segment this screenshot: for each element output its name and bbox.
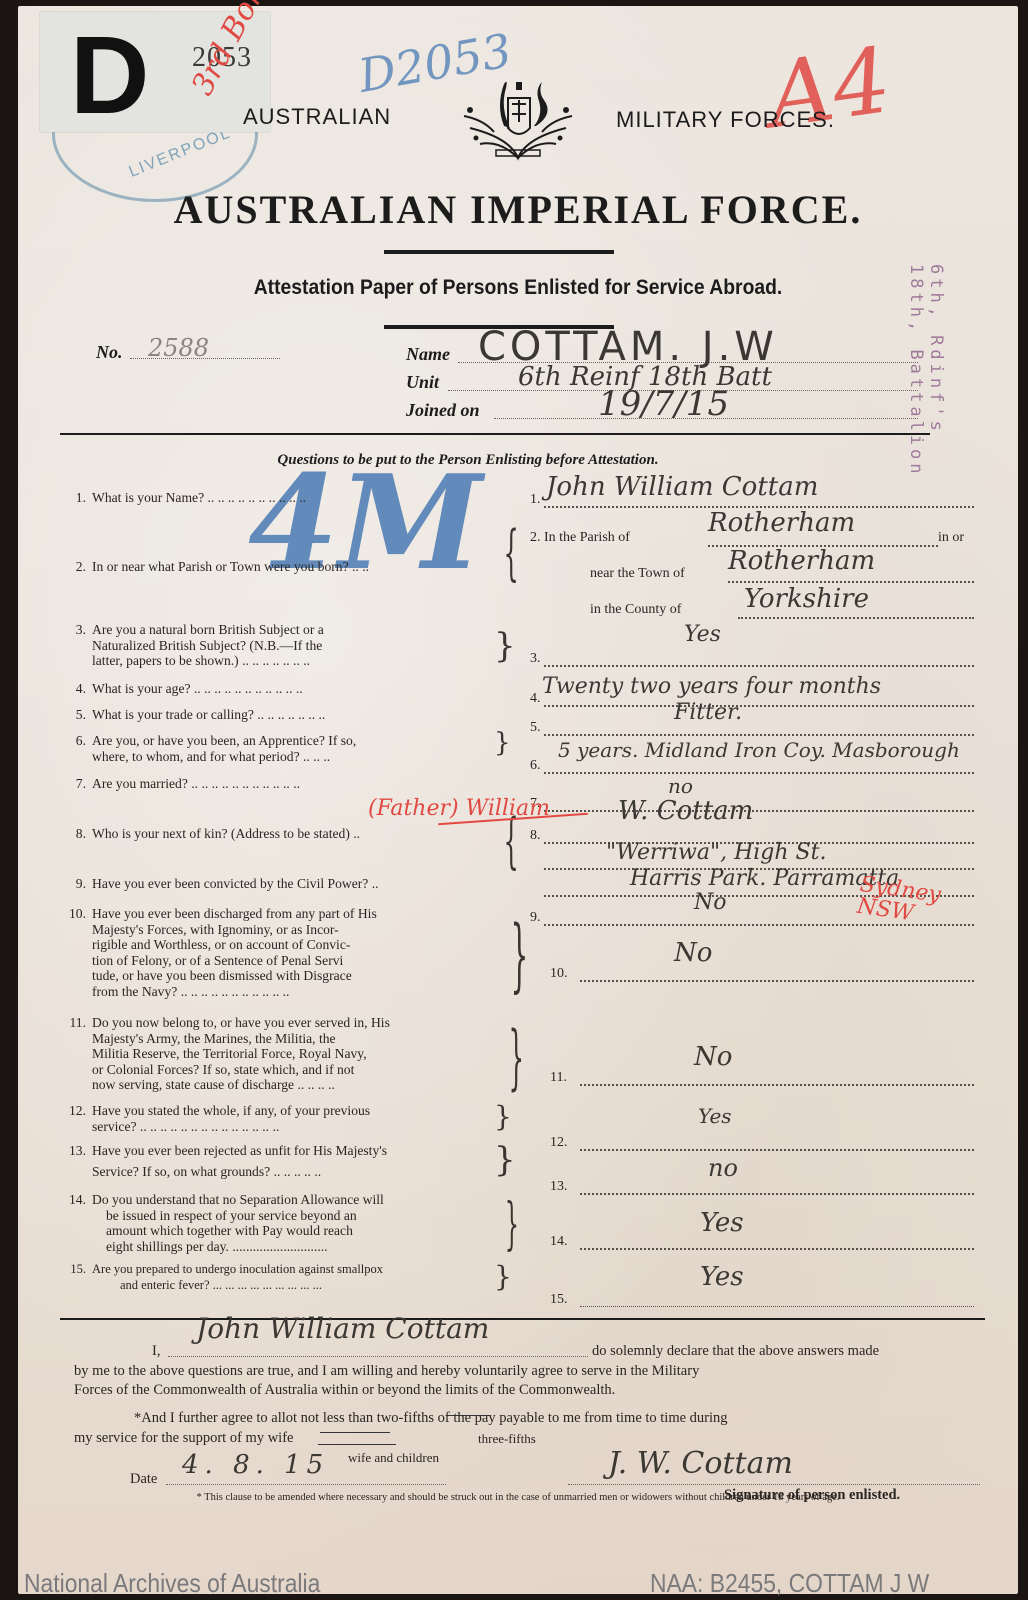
brace-6: } <box>494 728 511 758</box>
in-or-label: in or <box>938 530 964 546</box>
answer-4-number: 4. <box>530 691 541 707</box>
brace-10: } <box>511 908 529 1001</box>
brace-13: } <box>494 1140 516 1180</box>
archive-letter: D <box>70 16 149 136</box>
answer-14-line <box>580 1248 974 1250</box>
answer-10-number: 10. <box>550 966 568 982</box>
answer-5-number: 5. <box>530 720 541 736</box>
attestation-paper: LIVERPOOL D 2053 3rd Bon D2053 A4 AUSTRA… <box>18 6 1018 1594</box>
section-rule <box>60 433 930 435</box>
joined-date: 19/7/15 <box>598 384 729 424</box>
date-value: 4. 8. 15 <box>182 1450 329 1480</box>
answer-13-number: 13. <box>550 1179 568 1195</box>
answer-5: Fitter. <box>674 700 742 725</box>
regimental-number: 2588 <box>148 334 209 362</box>
answer-10: No <box>674 938 712 968</box>
answer-4: Twenty two years four months <box>542 674 881 699</box>
signature-line <box>568 1484 980 1485</box>
declaration-text-2: by me to the above questions are true, a… <box>74 1362 699 1380</box>
answer-8-address-1: "Werriwa", High St. <box>606 840 826 865</box>
answer-7-line <box>544 810 974 812</box>
answer-10-line <box>580 980 974 982</box>
answer-1-number: 1. <box>530 492 541 508</box>
wife-underline <box>318 1444 396 1445</box>
answer-3: Yes <box>684 622 721 647</box>
answer-4-line <box>544 705 974 707</box>
answer-12-line <box>580 1149 974 1151</box>
answer-13: no <box>708 1154 738 1182</box>
watermark-archive: National Archives of Australia <box>24 1568 320 1599</box>
coat-of-arms-icon <box>450 68 586 168</box>
question-7: 7.Are you married? .. .. .. .. .. .. .. … <box>60 776 500 792</box>
answer-9-number: 9. <box>530 910 541 926</box>
unit-vertical-stamp: 6th, Rdinf's 18th, Battalion <box>906 264 946 478</box>
question-2: 2.In or near what Parish or Town were yo… <box>60 559 500 575</box>
unit-label: Unit <box>406 372 439 393</box>
answer-5-line <box>544 734 974 736</box>
question-4: 4.What is your age? .. .. .. .. .. .. ..… <box>60 681 500 697</box>
declaration-text-1: do solemnly declare that the above answe… <box>592 1342 879 1360</box>
wife-strike <box>320 1432 390 1433</box>
answer-2-parish: Rotherham <box>708 508 855 538</box>
brace-15: } <box>494 1260 512 1293</box>
title-rule <box>384 250 614 254</box>
signature: J. W. Cottam <box>608 1446 793 1481</box>
blue-annotation-4m: 4M <box>248 446 482 599</box>
question-8: 8.Who is your next of kin? (Address to b… <box>60 826 500 842</box>
answer-3-line <box>544 665 974 667</box>
question-1: 1.What is your Name? .. .. .. .. .. .. .… <box>60 490 500 506</box>
answer-6-line <box>544 772 974 774</box>
answer-9: No <box>694 890 727 915</box>
question-9: 9.Have you ever been convicted by the Ci… <box>60 876 500 892</box>
brace-3: } <box>494 626 516 666</box>
answer-2-town: Rotherham <box>728 546 875 576</box>
question-10: 10.Have you ever been discharged from an… <box>60 906 500 999</box>
question-15: 15.Are you prepared to undergo inoculati… <box>60 1262 500 1293</box>
brace-2: { <box>503 518 518 588</box>
answer-2-county-label: in the County of <box>590 602 681 618</box>
answer-11-line <box>580 1084 974 1086</box>
header-military-forces: MILITARY FORCES. <box>616 107 835 133</box>
answer-11-number: 11. <box>550 1070 567 1086</box>
date-line <box>166 1484 446 1485</box>
name-label: Name <box>406 344 450 365</box>
answer-8-name: W. Cottam <box>618 796 753 826</box>
header-australian: AUSTRALIAN <box>243 104 391 130</box>
question-11: 11.Do you now belong to, or have you eve… <box>60 1015 500 1093</box>
answer-11: No <box>694 1042 732 1072</box>
answer-3-number: 3. <box>530 651 541 667</box>
answer-15-number: 15. <box>550 1292 568 1308</box>
answer-8-number: 8. <box>530 828 541 844</box>
page-title: AUSTRALIAN IMPERIAL FORCE. <box>18 186 1018 233</box>
question-13: 13.Have you ever been rejected as unfit … <box>60 1143 500 1179</box>
allotment-text-2: my service for the support of my wife <box>74 1429 293 1447</box>
answer-2-town-line <box>728 581 974 583</box>
page-subtitle: Attestation Paper of Persons Enlisted fo… <box>58 276 978 300</box>
declaration-i: I, <box>152 1342 160 1360</box>
question-12: 12.Have you stated the whole, if any, of… <box>60 1103 500 1134</box>
answer-15: Yes <box>700 1262 744 1292</box>
declaration-name: John William Cottam <box>196 1312 489 1345</box>
question-5: 5.What is your trade or calling? .. .. .… <box>60 707 500 723</box>
brace-12: } <box>494 1100 512 1133</box>
joined-label: Joined on <box>406 400 480 421</box>
brace-11: } <box>508 1016 524 1098</box>
question-6: 6.Are you, or have you been, an Apprenti… <box>60 733 500 764</box>
question-3: 3.Are you a natural born British Subject… <box>60 622 500 669</box>
answer-14-number: 14. <box>550 1234 568 1250</box>
answer-2-county: Yorkshire <box>744 584 869 614</box>
allotment-text-1: *And I further agree to allot not less t… <box>134 1409 728 1427</box>
no-label: No. <box>96 342 123 363</box>
answer-12-number: 12. <box>550 1135 568 1151</box>
answer-13-line <box>580 1193 974 1195</box>
wife-and-children: wife and children <box>348 1449 439 1467</box>
answer-2-town-label: near the Town of <box>590 566 685 582</box>
declaration-text-3: Forces of the Commonwealth of Australia … <box>74 1381 615 1399</box>
answer-14: Yes <box>700 1208 744 1238</box>
declaration-name-line <box>168 1356 588 1357</box>
three-fifths: three-fifths <box>478 1430 536 1448</box>
answer-2-parish-label: 2. In the Parish of <box>530 530 630 546</box>
watermark-reference: NAA: B2455, COTTAM J W <box>650 1568 929 1599</box>
date-label: Date <box>130 1470 157 1488</box>
answer-2-county-line <box>738 617 974 619</box>
brace-14: } <box>505 1192 519 1257</box>
answer-1-name: John William Cottam <box>546 472 818 502</box>
question-14: 14.Do you understand that no Separation … <box>60 1192 500 1254</box>
answer-15-line <box>580 1306 974 1307</box>
answer-12: Yes <box>698 1104 732 1128</box>
footnote: * This clause to be amended where necess… <box>18 1489 1018 1507</box>
two-fifths-underline <box>446 1415 490 1416</box>
answer-6-number: 6. <box>530 758 541 774</box>
answer-7: no <box>668 774 693 798</box>
answer-6: 5 years. Midland Iron Coy. Masborough <box>558 738 960 762</box>
